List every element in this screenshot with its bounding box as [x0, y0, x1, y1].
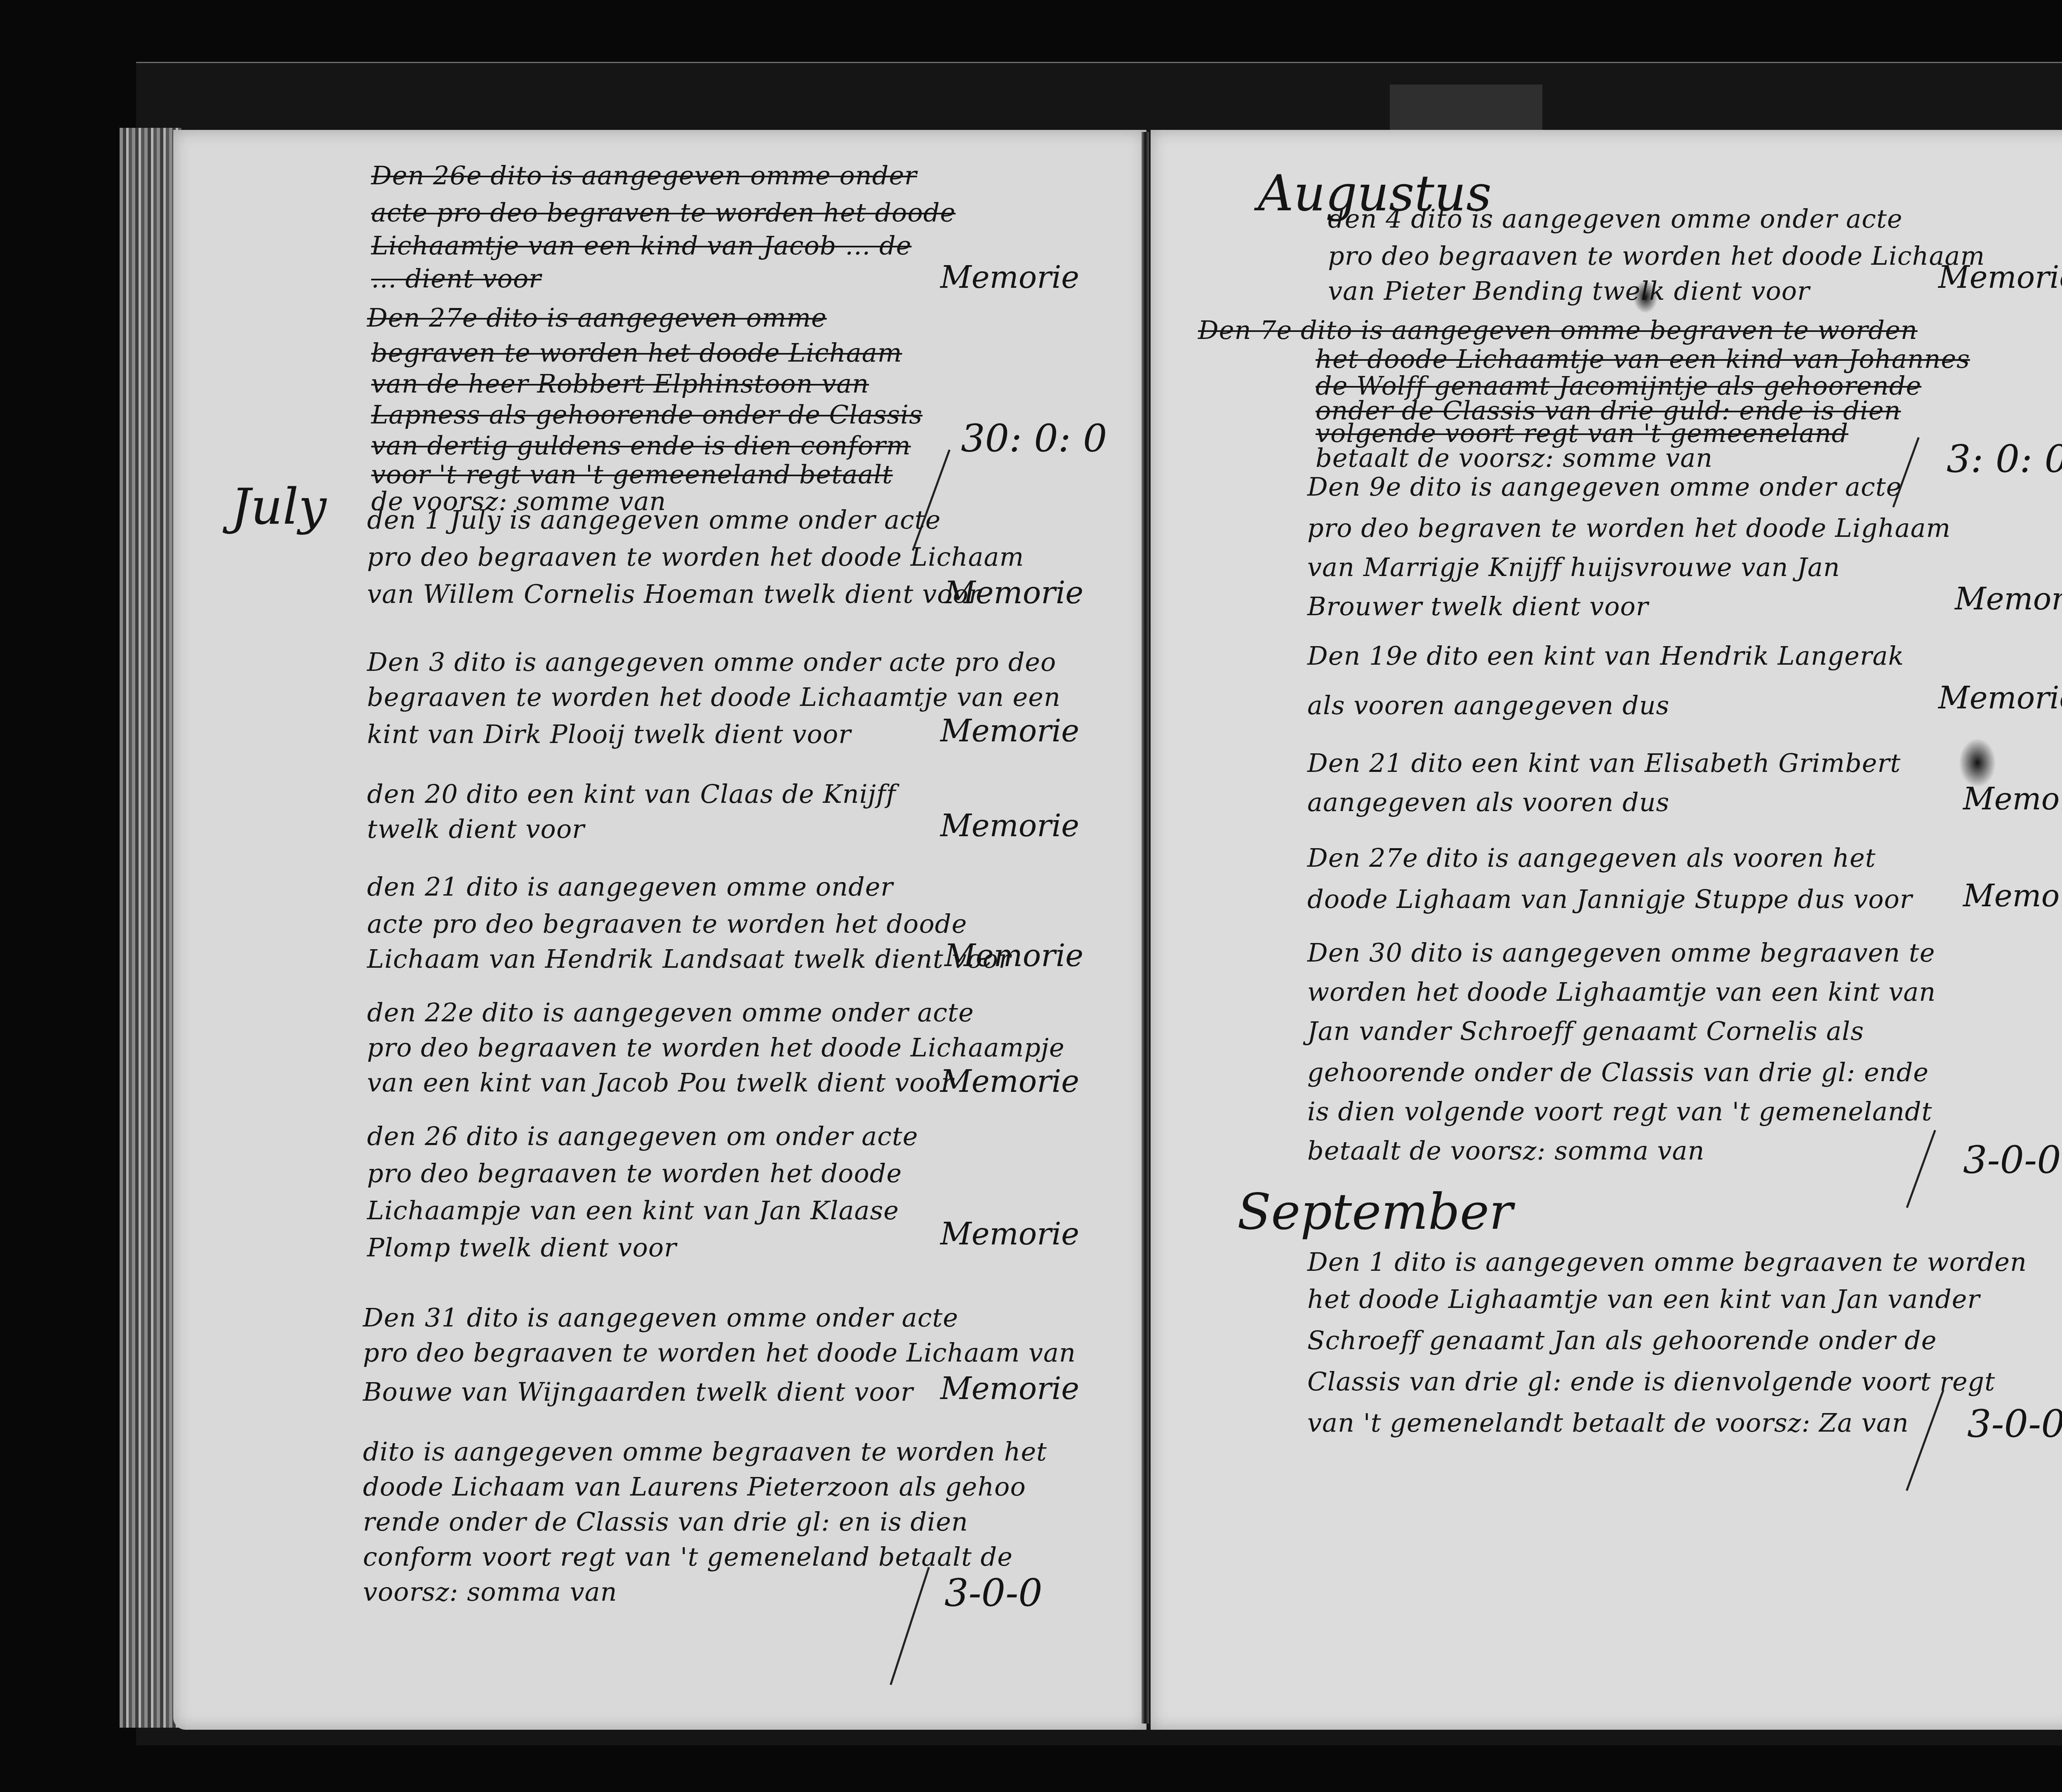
- entry-line: het doode Lighaamtje van een kint van Ja…: [1307, 1286, 1980, 1312]
- entry-line: Bouwe van Wijngaarden twelk dient voor: [363, 1379, 913, 1405]
- entry-line: Lichaampje van een kint van Jan Klaase: [367, 1198, 899, 1223]
- entry-line: aangegeven als vooren dus: [1307, 790, 1669, 815]
- entry-line: als vooren aangegeven dus: [1307, 693, 1669, 718]
- entry-line: begraaven te worden het doode Lichaamtje…: [367, 684, 1061, 710]
- entry-amount: Memorie: [944, 938, 1083, 974]
- entry-line: worden het doode Lighaamtje van een kint…: [1307, 979, 1936, 1005]
- entry-line: pro deo begraaven te worden het doode Li…: [367, 1035, 1065, 1061]
- entry-line: voor 't regt van 't gemeeneland betaalt: [371, 462, 893, 487]
- ink-blot: [1959, 738, 1996, 788]
- entry-line: Den 7e dito is aangegeven omme begraven …: [1198, 317, 1918, 343]
- entry-line: den 21 dito is aangegeven omme onder: [367, 874, 893, 900]
- entry-line: betaalt de voorsz: somme van: [1316, 445, 1713, 471]
- entry-line: betaalt de voorsz: somma van: [1307, 1138, 1704, 1164]
- entry-line: den 1 July is aangegeven omme onder acte: [367, 507, 941, 533]
- entry-amount: Memorie: [1955, 581, 2062, 617]
- entry-amount: Memorie: [1938, 260, 2062, 295]
- entry-amount: Memorie: [940, 808, 1079, 844]
- entry-line: Den 19e dito een kint van Hendrik Langer…: [1307, 643, 1904, 669]
- archive-tab-label: [1390, 85, 1542, 130]
- book-gutter: [1142, 132, 1149, 1724]
- entry-amount: Memorie: [1963, 878, 2062, 914]
- entry-amount: 30: 0: 0: [961, 416, 1107, 461]
- entry-line: Lichaam van Hendrik Landsaat twelk dient…: [367, 946, 1011, 972]
- entry-line: Den 30 dito is aangegeven omme begraaven…: [1307, 940, 1935, 966]
- entry-amount: Memorie: [940, 1216, 1079, 1252]
- entry-line: Classis van drie gl: ende is dienvolgend…: [1307, 1369, 1995, 1395]
- entry-line: pro deo begraaven te worden het doode Li…: [1328, 243, 1985, 269]
- entry-line: dito is aangegeven omme begraaven te wor…: [363, 1439, 1047, 1465]
- entry-line: de Wolff genaamt Jacomijntje als gehoore…: [1316, 373, 1921, 399]
- entry-line: van dertig guldens ende is dien conform: [371, 433, 911, 459]
- entry-amount: 3: 0: 0: [1947, 437, 2062, 481]
- entry-line: Den 27e dito is aangegeven omme: [367, 305, 827, 331]
- entry-line: den 4 dito is aangegeven omme onder acte: [1328, 206, 1903, 232]
- entry-line: het doode Lichaamtje van een kind van Jo…: [1316, 346, 1970, 372]
- entry-line: Den 3 dito is aangegeven omme onder acte…: [367, 649, 1056, 675]
- entry-line: twelk dient voor: [367, 816, 585, 842]
- entry-line: Den 1 dito is aangegeven omme begraaven …: [1307, 1249, 2027, 1275]
- entry-line: voorsz: somma van: [363, 1579, 617, 1605]
- entry-amount: Memorie: [940, 713, 1079, 749]
- entry-amount: Memorie: [940, 1064, 1079, 1099]
- entry-line: acte pro deo begraven te worden het dood…: [371, 200, 956, 226]
- entry-amount: 3-0-0: [1963, 1138, 2061, 1182]
- month-heading: September: [1237, 1183, 1513, 1241]
- entry-line: Jan vander Schroeff genaamt Cornelis als: [1307, 1018, 1864, 1044]
- entry-amount: 3-0-0: [1967, 1402, 2062, 1446]
- entry-line: van 't gemenelandt betaalt de voorsz: Za…: [1307, 1410, 1909, 1436]
- entry-line: gehoorende onder de Classis van drie gl:…: [1307, 1060, 1929, 1085]
- page-stack-edge: [120, 128, 181, 1728]
- ink-blot: [1633, 280, 1658, 313]
- month-heading: July: [231, 478, 327, 536]
- entry-line: doode Lighaam van Jannigje Stuppe dus vo…: [1307, 887, 1913, 912]
- entry-line: pro deo begraaven te worden het doode Li…: [363, 1340, 1076, 1366]
- entry-line: Schroeff genaamt Jan als gehoorende onde…: [1307, 1328, 1937, 1353]
- entry-line: den 22e dito is aangegeven omme onder ac…: [367, 1000, 974, 1025]
- entry-amount: Memorie: [940, 260, 1079, 295]
- entry-line: ... dient voor: [371, 266, 541, 292]
- entry-line: van Pieter Bending twelk dient voor: [1328, 278, 1810, 304]
- entry-line: Brouwer twelk dient voor: [1307, 594, 1648, 619]
- entry-line: Lapness als gehoorende onder de Classis: [371, 402, 923, 428]
- entry-line: Plomp twelk dient voor: [367, 1235, 677, 1261]
- entry-amount: Memorie: [940, 1371, 1079, 1406]
- entry-line: begraven te worden het doode Lichaam: [371, 340, 902, 366]
- entry-line: Den 26e dito is aangegeven omme onder: [371, 163, 917, 188]
- entry-line: pro deo begraaven te worden het doode: [367, 1161, 902, 1186]
- entry-line: van Marrigje Knijff huijsvrouwe van Jan: [1307, 555, 1840, 580]
- entry-line: Lichaamtje van een kind van Jacob ... de: [371, 233, 911, 259]
- entry-amount: 3-0-0: [944, 1571, 1043, 1615]
- entry-amount: Memorie: [944, 575, 1083, 611]
- entry-line: pro deo begraven te worden het doode Lig…: [1307, 515, 1951, 541]
- entry-line: kint van Dirk Plooij twelk dient voor: [367, 722, 851, 747]
- entry-line: pro deo begraaven te worden het doode Li…: [367, 544, 1024, 570]
- entry-line: Den 9e dito is aangegeven omme onder act…: [1307, 474, 1902, 500]
- entry-line: Den 21 dito een kint van Elisabeth Grimb…: [1307, 750, 1901, 776]
- entry-amount: Memorie: [1938, 680, 2062, 716]
- entry-line: van een kint van Jacob Pou twelk dient v…: [367, 1070, 954, 1096]
- entry-line: van Willem Cornelis Hoeman twelk dient v…: [367, 581, 982, 607]
- entry-line: doode Lichaam van Laurens Pieterzoon als…: [363, 1474, 1026, 1500]
- entry-line: conform voort regt van 't gemeneland bet…: [363, 1544, 1013, 1570]
- entry-line: van de heer Robbert Elphinstoon van: [371, 371, 869, 397]
- entry-amount: Memorie: [1963, 781, 2062, 817]
- entry-line: Den 27e dito is aangegeven als vooren he…: [1307, 845, 1876, 871]
- entry-line: acte pro deo begraaven te worden het doo…: [367, 911, 967, 937]
- entry-line: volgende voort regt van 't gemeeneland: [1316, 421, 1848, 446]
- entry-line: is dien volgende voort regt van 't gemen…: [1307, 1099, 1932, 1124]
- entry-line: den 20 dito een kint van Claas de Knijff: [367, 781, 896, 807]
- entry-line: den 26 dito is aangegeven om onder acte: [367, 1124, 918, 1149]
- entry-line: rende onder de Classis van drie gl: en i…: [363, 1509, 968, 1535]
- entry-line: Den 31 dito is aangegeven omme onder act…: [363, 1305, 958, 1331]
